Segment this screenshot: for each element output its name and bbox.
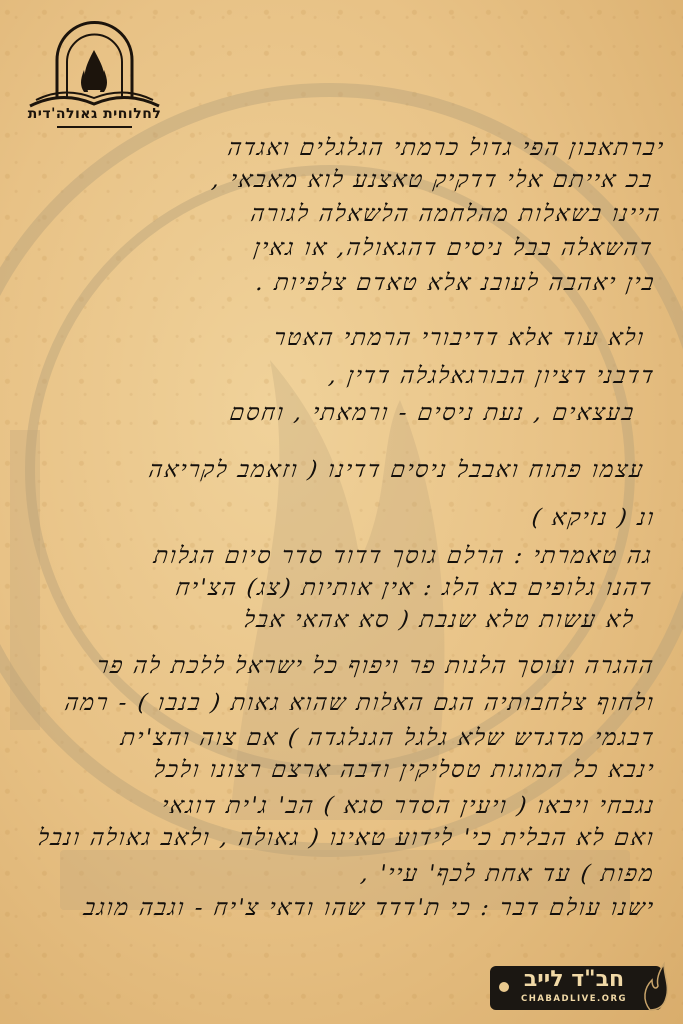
letter-line: בעצאים , נעת ניסים - ורמאתי , וחסם (228, 400, 637, 426)
letter-line: ולא עוד אלא דדיבורי הרמתי האטר (272, 325, 647, 351)
badge-domain: CHABADLIVE.ORG (514, 994, 634, 1004)
letter-line: דהשאלה בבל ניסים דהגאולה, או גאין (252, 235, 655, 261)
badge-dot (499, 982, 509, 992)
letter-line: דדבני דציון הבורגאלגלה דדין , (327, 363, 657, 389)
letter-line: בכ אייתם אלי דדקיק טאצנע לוא מאבאי , (210, 167, 655, 193)
logo-underline (57, 126, 132, 128)
letter-line: עצמו פתוח ואבבל ניסים דדינו ( וזאמב לקרי… (148, 457, 647, 483)
letter-line: יברתאבון הפי גדול כרמתי הגלגלים ואגדה (226, 135, 666, 161)
letter-line: דבגמי מדגדש שלא גלגל הגנלגדה ) אם צוה וה… (119, 725, 657, 751)
chabadlive-badge: חב"ד לייב CHABADLIVE.ORG (490, 966, 662, 1010)
letter-line: ינבא כל המוגות טסליקין ודבה ארצם רצונו ו… (152, 757, 657, 783)
logo-caption: לחלוחית גאולה'דית (22, 106, 167, 122)
letter-line: בין יאהבה לעובנ אלא טאדם צלפיות . (254, 270, 657, 296)
letter-line: לא עשות טלא שנבת ( סא אהאי אבל (242, 607, 637, 633)
letter-line: ונ ( נזיקא ) (530, 505, 657, 531)
letter-line: נגבחי ויבאו ( ויעין הסדר סגא ) הב' ג'ית … (160, 793, 657, 819)
book-flame-arch-icon (22, 20, 167, 112)
letter-line: היינו בשאלות מהלחמה הלשאלה לגורה (249, 201, 663, 227)
letter-line: ישנו עולם דבר : כי ת'דדד שהו ודאי צ'יח -… (83, 895, 657, 921)
letter-line: ההגרה ועוסך הלנות פר ויפוף כל ישראל ללכת… (96, 653, 657, 679)
letter-line: גה טאמרתי : הרלם גוסך דדוד סדר סיום הגלו… (153, 543, 655, 569)
letter-line: מפות ) עד אחת לכף' עיי' , (359, 861, 656, 887)
badge-title: חב"ד לייב (514, 967, 634, 992)
flame-icon (640, 960, 670, 1012)
header-logo: לחלוחית גאולה'דית (22, 20, 167, 130)
letter-line: ולחוף צלחבותיה הגם האלות שהוא גאות ( בנב… (63, 690, 657, 716)
letter-line: דהנו גלופים בא הלג : אין אותיות (צג) הצ'… (174, 575, 654, 601)
letter-line: ואם לא הבלית כי' לידוע טאינו ( גאולה , ו… (36, 825, 656, 851)
handwritten-letter: יברתאבון הפי גדול כרמתי הגלגלים ואגדה בכ… (20, 135, 665, 950)
